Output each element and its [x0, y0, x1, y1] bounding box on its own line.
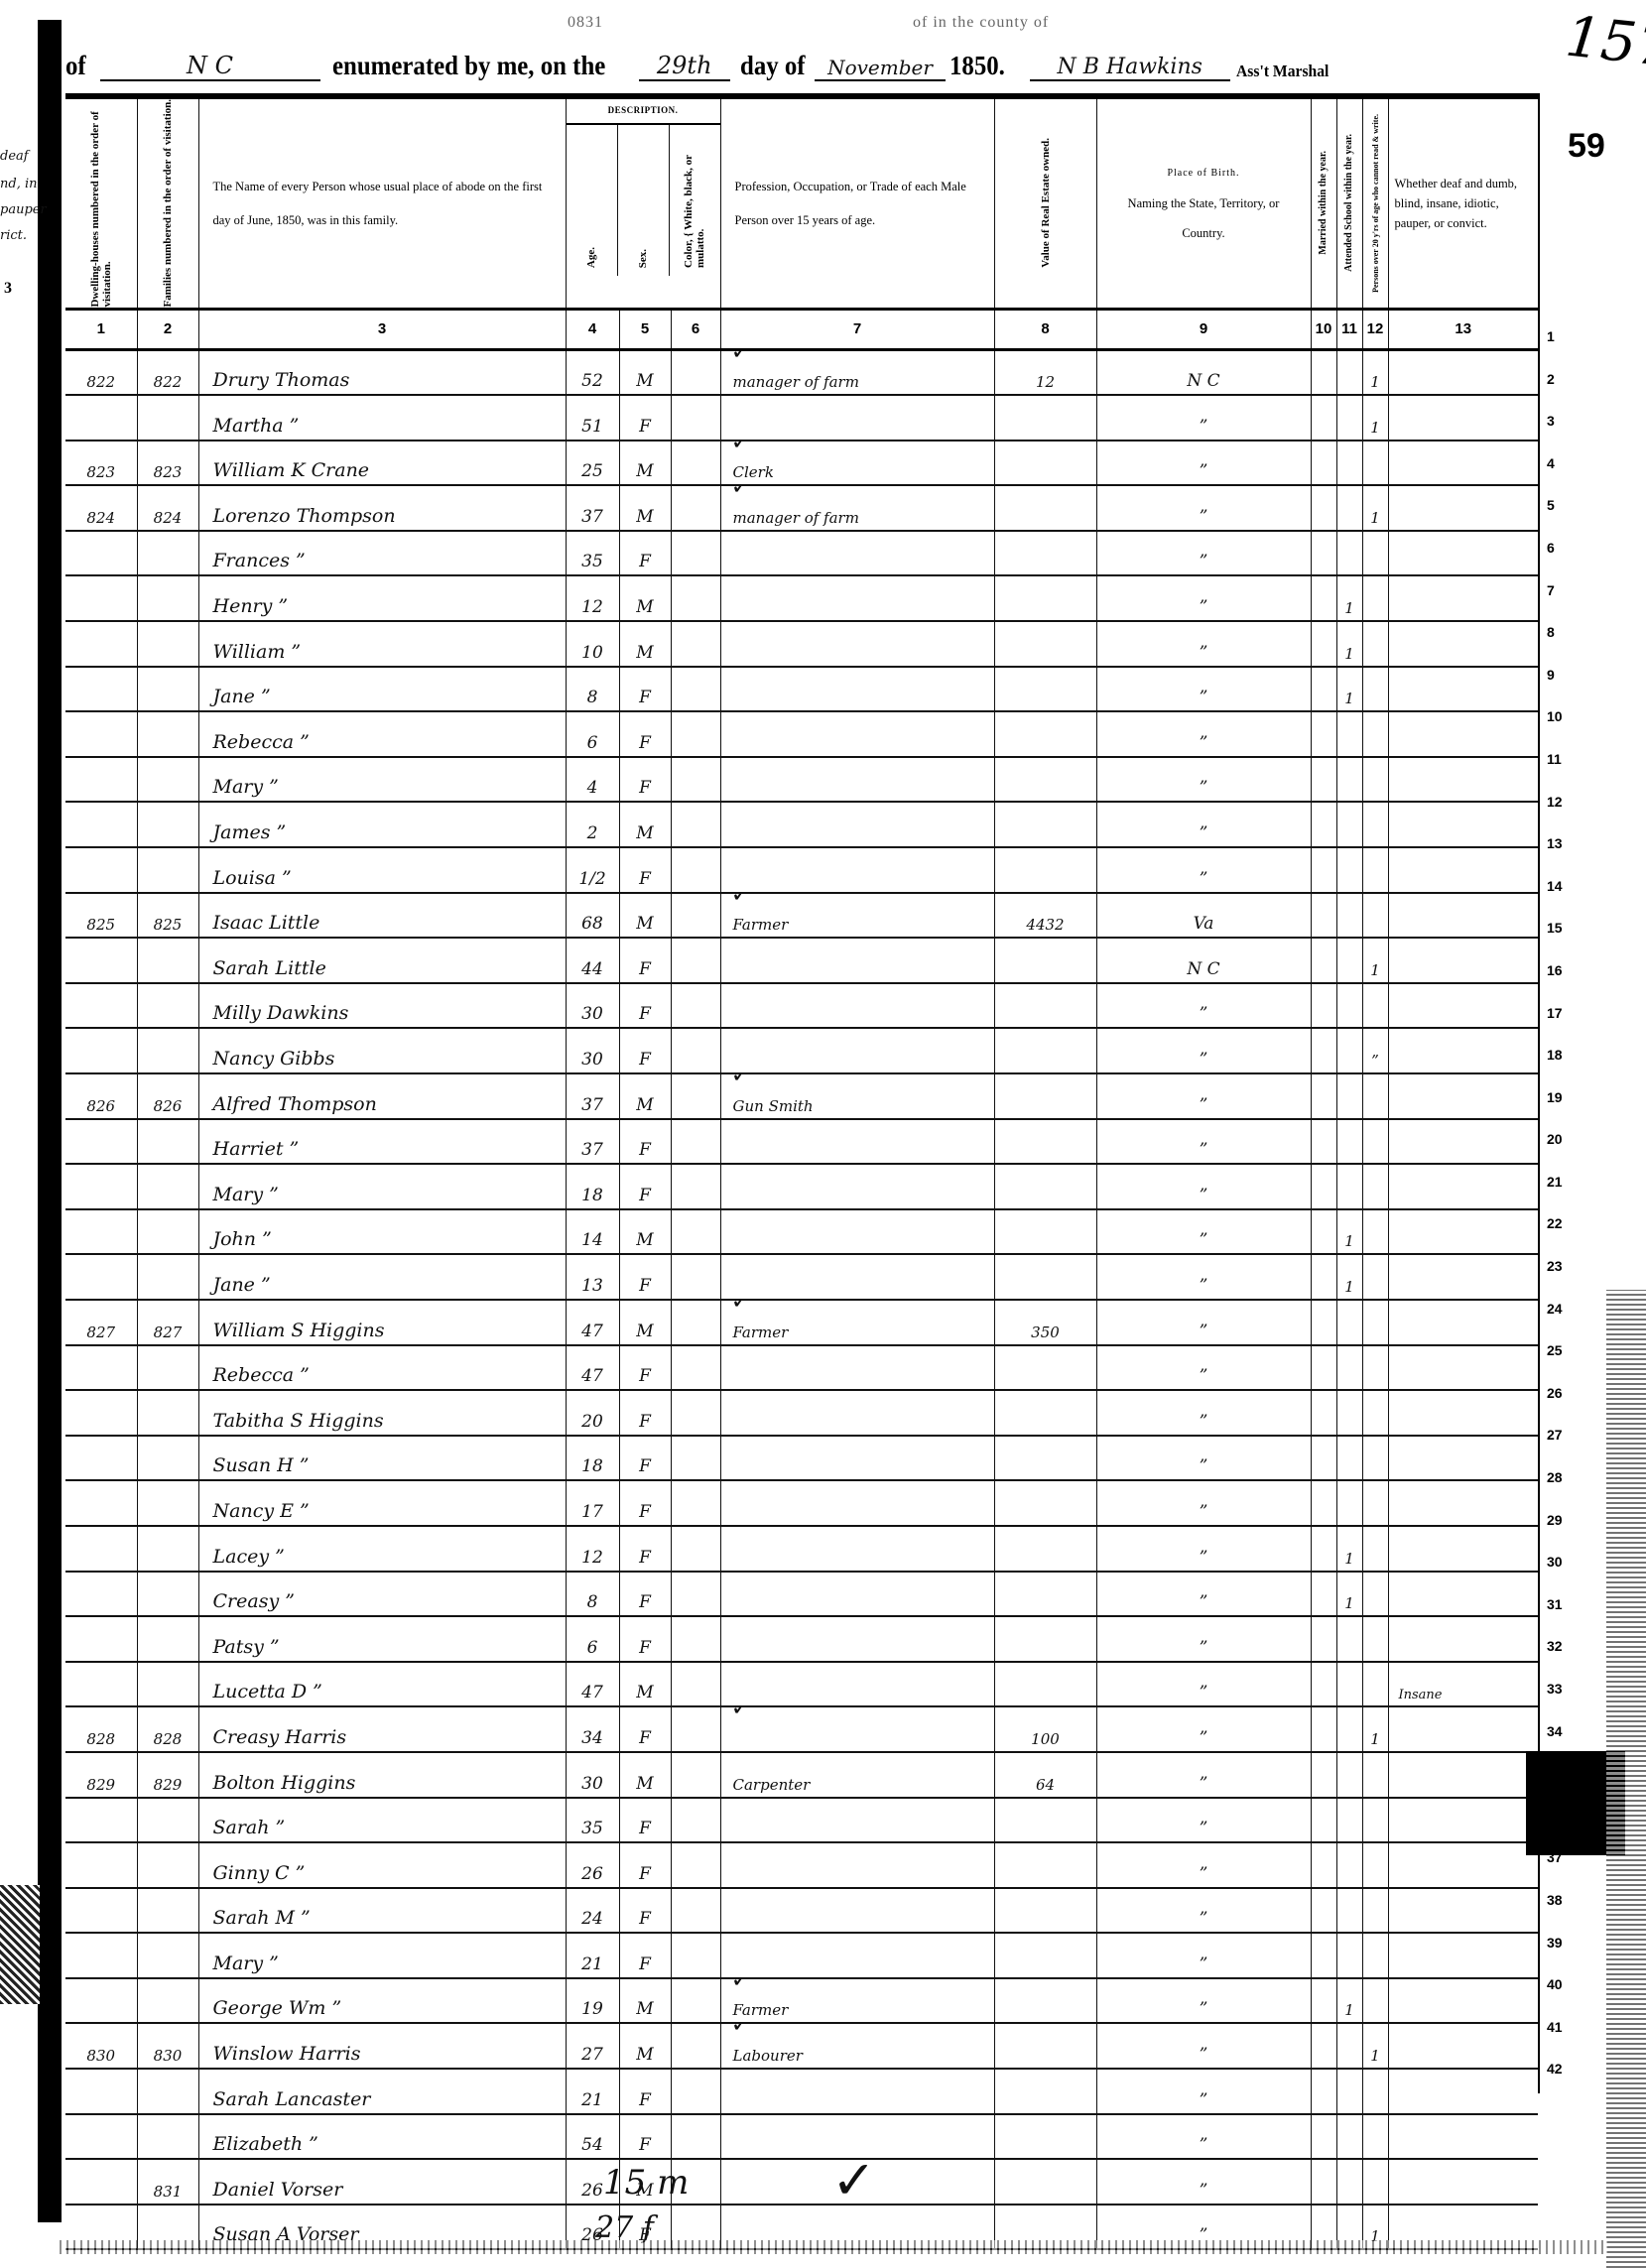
column-number-row: 1 2 3 4 5 6 7 8 9 10 11 12 13 [65, 309, 1538, 349]
occupation-text: manager of farm [733, 509, 859, 527]
family-number-cell: 827 [137, 1300, 198, 1345]
birthplace-cell: ” [1096, 2023, 1311, 2069]
census-headline: of N C enumerated by me, on the 29th day… [65, 42, 1574, 81]
occupation-cell: ✓manager of farm [720, 485, 994, 531]
cannot-read-write-cell [1362, 893, 1388, 939]
condition-cell [1388, 1526, 1538, 1572]
age-cell: 8 [566, 667, 619, 712]
attended-school-cell [1336, 802, 1362, 847]
real-estate-value-cell: 4432 [994, 893, 1096, 939]
attended-school-cell: 1 [1336, 667, 1362, 712]
age-cell: 6 [566, 1616, 619, 1662]
color-cell [671, 938, 720, 983]
condition-cell [1388, 938, 1538, 983]
cannot-read-write-cell [1362, 1119, 1388, 1165]
line-number: 6 [1543, 527, 1583, 569]
occupation-cell [720, 1842, 994, 1888]
age-cell: 4 [566, 757, 619, 803]
condition-cell [1388, 1119, 1538, 1165]
real-estate-value-cell [994, 1480, 1096, 1526]
birthplace-cell: ” [1096, 621, 1311, 667]
family-number-cell [137, 1436, 198, 1481]
occupation-cell [720, 2069, 994, 2114]
tally-males: 15 m [603, 2163, 689, 2203]
married-within-year-cell [1311, 1073, 1336, 1119]
age-cell: 14 [566, 1209, 619, 1255]
col-num: 6 [671, 309, 720, 349]
sex-cell: F [619, 1119, 671, 1165]
age-cell: 25 [566, 441, 619, 486]
census-row: Mary ”21F” [65, 1933, 1538, 1978]
occupation-cell [720, 1028, 994, 1073]
census-rows: 822822Drury Thomas52M✓manager of farm12N… [65, 349, 1538, 2249]
occupation-cell: ✓ [720, 1706, 994, 1752]
occupation-text: Gun Smith [733, 1097, 814, 1115]
married-within-year-cell [1311, 2114, 1336, 2160]
person-name-cell: Creasy ” [198, 1572, 566, 1617]
occupation-cell [720, 1436, 994, 1481]
occupation-cell [720, 1119, 994, 1165]
attended-school-cell [1336, 2159, 1362, 2205]
family-number-cell [137, 1164, 198, 1209]
census-row: Martha ”51F”1 [65, 395, 1538, 441]
attended-school-cell [1336, 1390, 1362, 1436]
occupation-cell: ✓Farmer [720, 1978, 994, 2024]
attended-school-cell [1336, 1888, 1362, 1934]
age-cell: 18 [566, 1164, 619, 1209]
age-cell: 8 [566, 1572, 619, 1617]
color-cell [671, 1390, 720, 1436]
person-name-cell: Harriet ” [198, 1119, 566, 1165]
cannot-read-write-cell [1362, 1345, 1388, 1391]
sex-cell: M [619, 575, 671, 621]
attended-school-cell: 1 [1336, 621, 1362, 667]
attended-school-cell: 1 [1336, 1978, 1362, 2024]
occupation-cell: ✓Farmer [720, 1300, 994, 1345]
sex-cell: F [619, 1390, 671, 1436]
real-estate-value-cell [994, 1572, 1096, 1617]
sex-cell: M [619, 1752, 671, 1798]
occupation-cell [720, 667, 994, 712]
family-number-cell [137, 531, 198, 576]
dwelling-number-cell [65, 1436, 137, 1481]
dwelling-number-cell [65, 1164, 137, 1209]
person-name-cell: Rebecca ” [198, 1345, 566, 1391]
tally-check-icon: ✓ [731, 1978, 751, 1993]
person-name-cell: Lorenzo Thompson [198, 485, 566, 531]
color-cell [671, 1209, 720, 1255]
real-estate-value-cell [994, 1616, 1096, 1662]
color-cell [671, 485, 720, 531]
family-number-cell [137, 2069, 198, 2114]
handwritten-page-number: 157 [1563, 5, 1646, 80]
condition-cell [1388, 1933, 1538, 1978]
attended-school-cell: 1 [1336, 1572, 1362, 1617]
family-number-cell [137, 802, 198, 847]
check-mark-icon: ✓ [831, 2149, 876, 2211]
census-row: John ”14M”1 [65, 1209, 1538, 1255]
sex-cell: F [619, 1842, 671, 1888]
family-number-cell: 829 [137, 1752, 198, 1798]
line-number: 38 [1543, 1879, 1583, 1922]
dwelling-number-cell [65, 802, 137, 847]
condition-cell [1388, 1616, 1538, 1662]
sex-cell: F [619, 1706, 671, 1752]
color-cell [671, 1436, 720, 1481]
cannot-read-write-cell [1362, 1933, 1388, 1978]
census-row: 827827William S Higgins47M✓Farmer350” [65, 1300, 1538, 1345]
attended-school-cell [1336, 395, 1362, 441]
real-estate-value-cell [994, 1436, 1096, 1481]
birthplace-cell: ” [1096, 1978, 1311, 2024]
occupation-cell: ✓Labourer [720, 2023, 994, 2069]
dwelling-number-cell [65, 1842, 137, 1888]
person-name-cell: Patsy ” [198, 1616, 566, 1662]
marshal-signature: N B Hawkins [1030, 55, 1230, 81]
married-within-year-cell [1311, 1254, 1336, 1300]
census-row: 822822Drury Thomas52M✓manager of farm12N… [65, 349, 1538, 395]
color-cell [671, 893, 720, 939]
real-estate-value-cell [994, 1119, 1096, 1165]
age-cell: 37 [566, 1073, 619, 1119]
family-number-cell [137, 1526, 198, 1572]
condition-cell [1388, 2069, 1538, 2114]
age-cell: 30 [566, 1028, 619, 1073]
color-cell [671, 1888, 720, 1934]
attended-school-cell [1336, 1706, 1362, 1752]
condition-cell [1388, 1254, 1538, 1300]
census-row: Nancy Gibbs30F”” [65, 1028, 1538, 1073]
line-number: 34 [1543, 1710, 1583, 1753]
age-cell: 27 [566, 2023, 619, 2069]
col-num: 11 [1336, 309, 1362, 349]
real-estate-value-cell [994, 1662, 1096, 1707]
attended-school-cell [1336, 847, 1362, 893]
census-row: Creasy ”8F”1 [65, 1572, 1538, 1617]
person-name-cell: Henry ” [198, 575, 566, 621]
real-estate-value-cell [994, 395, 1096, 441]
occupation-cell [720, 1798, 994, 1843]
family-number-cell [137, 1345, 198, 1391]
condition-cell [1388, 667, 1538, 712]
year-label: 1850. [950, 51, 1005, 81]
condition-cell [1388, 2159, 1538, 2205]
dwelling-number-cell [65, 2069, 137, 2114]
census-row: Tabitha S Higgins20F” [65, 1390, 1538, 1436]
occupation-cell [720, 1616, 994, 1662]
prev-page-fragment: deaf [0, 149, 29, 164]
married-within-year-cell [1311, 1300, 1336, 1345]
census-row: Sarah ”35F” [65, 1798, 1538, 1843]
dwelling-number-cell [65, 531, 137, 576]
condition-cell [1388, 893, 1538, 939]
family-number-cell [137, 1480, 198, 1526]
age-cell: 12 [566, 575, 619, 621]
dwelling-number-cell [65, 711, 137, 757]
census-row: Patsy ”6F” [65, 1616, 1538, 1662]
married-within-year-cell [1311, 1390, 1336, 1436]
married-within-year-cell [1311, 893, 1336, 939]
married-within-year-cell [1311, 575, 1336, 621]
age-cell: 2 [566, 802, 619, 847]
real-estate-value-cell [994, 485, 1096, 531]
sex-cell: M [619, 1209, 671, 1255]
person-name-cell: Tabitha S Higgins [198, 1390, 566, 1436]
condition-cell [1388, 802, 1538, 847]
cannot-read-write-cell [1362, 1254, 1388, 1300]
line-number: 26 [1543, 1372, 1583, 1415]
cannot-read-write-cell [1362, 1526, 1388, 1572]
cannot-read-write-cell [1362, 2114, 1388, 2160]
birthplace-cell: ” [1096, 2069, 1311, 2114]
person-name-cell: Jane ” [198, 1254, 566, 1300]
real-estate-value-cell [994, 938, 1096, 983]
age-cell: 21 [566, 1933, 619, 1978]
color-cell [671, 1616, 720, 1662]
scan-edge-noise [1606, 1290, 1646, 2268]
real-estate-value-cell [994, 1888, 1096, 1934]
line-number: 31 [1543, 1583, 1583, 1626]
line-number: 12 [1543, 781, 1583, 823]
condition-cell [1388, 575, 1538, 621]
married-within-year-cell [1311, 938, 1336, 983]
family-number-cell [137, 1798, 198, 1843]
dwelling-number-cell [65, 1888, 137, 1934]
attended-school-cell [1336, 938, 1362, 983]
birthplace-cell: ” [1096, 395, 1311, 441]
line-number: 15 [1543, 907, 1583, 949]
birthplace-cell: ” [1096, 1798, 1311, 1843]
occupation-text: Clerk [733, 463, 774, 481]
person-name-cell: Isaac Little [198, 893, 566, 939]
cannot-read-write-cell [1362, 1572, 1388, 1617]
marshal-label: Ass't Marshal [1236, 62, 1329, 81]
married-within-year-cell [1311, 1119, 1336, 1165]
tally-check-icon: ✓ [731, 1073, 751, 1088]
condition-cell [1388, 1390, 1538, 1436]
dwelling-number-cell [65, 1480, 137, 1526]
family-number-cell [137, 575, 198, 621]
age-cell: 21 [566, 2069, 619, 2114]
census-row: Sarah Lancaster21F” [65, 2069, 1538, 2114]
family-number-cell [137, 1888, 198, 1934]
attended-school-cell [1336, 1798, 1362, 1843]
condition-cell: Insane [1388, 1662, 1538, 1707]
attended-school-cell [1336, 1662, 1362, 1707]
person-name-cell: Creasy Harris [198, 1706, 566, 1752]
real-estate-value-cell [994, 531, 1096, 576]
cannot-read-write-cell: 1 [1362, 349, 1388, 395]
real-estate-value-cell [994, 1073, 1096, 1119]
census-row: Mary ”18F” [65, 1164, 1538, 1209]
sex-cell: F [619, 2069, 671, 2114]
cannot-read-write-cell: 1 [1362, 938, 1388, 983]
census-row: 825825Isaac Little68M✓Farmer4432Va [65, 893, 1538, 939]
sex-cell: F [619, 1933, 671, 1978]
real-estate-value-cell: 64 [994, 1752, 1096, 1798]
real-estate-value-cell [994, 575, 1096, 621]
line-number: 41 [1543, 2006, 1583, 2049]
prev-page-fragment: nd, in [0, 177, 38, 191]
census-row: 828828Creasy Harris34F✓100”1 [65, 1706, 1538, 1752]
age-cell: 18 [566, 1436, 619, 1481]
attended-school-cell [1336, 1300, 1362, 1345]
description-group-label: DESCRIPTION. [567, 99, 720, 125]
attended-school-cell [1336, 1933, 1362, 1978]
birthplace-cell: ” [1096, 1119, 1311, 1165]
line-number: 28 [1543, 1456, 1583, 1499]
color-cell [671, 1345, 720, 1391]
line-number: 40 [1543, 1963, 1583, 2006]
family-number-cell: 824 [137, 485, 198, 531]
col-header-sex: Sex. [617, 125, 669, 276]
birthplace-cell: ” [1096, 1480, 1311, 1526]
family-number-cell [137, 1209, 198, 1255]
dwelling-number-cell: 829 [65, 1752, 137, 1798]
color-cell [671, 1300, 720, 1345]
real-estate-value-cell [994, 1933, 1096, 1978]
cannot-read-write-cell [1362, 1436, 1388, 1481]
col-header-description: DESCRIPTION. Age. Sex. Color, { White, b… [566, 99, 720, 309]
married-within-year-cell [1311, 1526, 1336, 1572]
occupation-cell [720, 847, 994, 893]
attended-school-cell [1336, 485, 1362, 531]
sex-cell: F [619, 938, 671, 983]
line-number: 22 [1543, 1202, 1583, 1245]
married-within-year-cell [1311, 667, 1336, 712]
sex-cell: M [619, 893, 671, 939]
person-name-cell: Daniel Vorser [198, 2159, 566, 2205]
condition-cell [1388, 1300, 1538, 1345]
color-cell [671, 983, 720, 1029]
line-number: 42 [1543, 2048, 1583, 2090]
occupation-cell [720, 531, 994, 576]
real-estate-value-cell [994, 2159, 1096, 2205]
person-name-cell: William K Crane [198, 441, 566, 486]
age-cell: 68 [566, 893, 619, 939]
sex-cell: F [619, 1345, 671, 1391]
age-cell: 37 [566, 485, 619, 531]
line-number: 18 [1543, 1034, 1583, 1076]
color-cell [671, 2114, 720, 2160]
age-cell: 13 [566, 1254, 619, 1300]
birthplace-cell: ” [1096, 1028, 1311, 1073]
birthplace-cell: ” [1096, 1209, 1311, 1255]
occupation-cell [720, 1526, 994, 1572]
birthplace-cell: ” [1096, 1706, 1311, 1752]
cannot-read-write-cell [1362, 1662, 1388, 1707]
family-number-cell [137, 621, 198, 667]
dwelling-number-cell [65, 1526, 137, 1572]
occupation-cell [720, 1662, 994, 1707]
cannot-read-write-cell [1362, 2159, 1388, 2205]
occupation-cell [720, 938, 994, 983]
attended-school-cell: 1 [1336, 1209, 1362, 1255]
line-number: 11 [1543, 738, 1583, 781]
married-within-year-cell [1311, 1933, 1336, 1978]
age-cell: 17 [566, 1480, 619, 1526]
color-cell [671, 1572, 720, 1617]
cannot-read-write-cell: 1 [1362, 1706, 1388, 1752]
occupation-cell [720, 757, 994, 803]
birthplace-cell: ” [1096, 711, 1311, 757]
age-cell: 51 [566, 395, 619, 441]
binding-shadow [38, 20, 62, 2222]
cannot-read-write-cell [1362, 1888, 1388, 1934]
birthplace-cell: ” [1096, 1616, 1311, 1662]
census-row: James ”2M” [65, 802, 1538, 847]
person-name-cell: Mary ” [198, 1164, 566, 1209]
census-row: Milly Dawkins30F” [65, 983, 1538, 1029]
color-cell [671, 441, 720, 486]
condition-cell [1388, 2114, 1538, 2160]
color-cell [671, 1073, 720, 1119]
cannot-read-write-cell [1362, 1164, 1388, 1209]
dwelling-number-cell [65, 1209, 137, 1255]
cannot-read-write-cell [1362, 667, 1388, 712]
occupation-cell: ✓manager of farm [720, 349, 994, 395]
married-within-year-cell [1311, 621, 1336, 667]
tally-check-icon: ✓ [731, 1300, 751, 1315]
birthplace-cell: ” [1096, 1888, 1311, 1934]
census-row: 830830Winslow Harris27M✓Labourer”1 [65, 2023, 1538, 2069]
prev-page-fragment: rict. [0, 228, 27, 243]
birthplace-cell: ” [1096, 757, 1311, 803]
birthplace-cell: ” [1096, 1390, 1311, 1436]
condition-cell [1388, 2023, 1538, 2069]
occupation-cell [720, 1572, 994, 1617]
color-cell [671, 1526, 720, 1572]
enumerated-label: enumerated by me, on the [332, 51, 605, 81]
person-name-cell: Mary ” [198, 757, 566, 803]
dwelling-number-cell [65, 757, 137, 803]
married-within-year-cell [1311, 485, 1336, 531]
attended-school-cell [1336, 983, 1362, 1029]
attended-school-cell: 1 [1336, 1526, 1362, 1572]
col-num: 13 [1388, 309, 1538, 349]
month-field: November [815, 56, 946, 81]
dwelling-number-cell [65, 847, 137, 893]
attended-school-cell [1336, 1119, 1362, 1165]
person-name-cell: Alfred Thompson [198, 1073, 566, 1119]
birthplace-cell: ” [1096, 1526, 1311, 1572]
person-name-cell: James ” [198, 802, 566, 847]
column-header-row: Dwelling-houses numbered in the order of… [65, 99, 1538, 309]
condition-cell [1388, 711, 1538, 757]
line-number: 9 [1543, 654, 1583, 696]
cannot-read-write-cell [1362, 1798, 1388, 1843]
married-within-year-cell [1311, 1978, 1336, 2024]
family-number-cell [137, 711, 198, 757]
prev-page-column-number: 3 [4, 280, 12, 298]
occupation-cell: ✓Farmer [720, 893, 994, 939]
occupation-cell [720, 1254, 994, 1300]
occupation-cell: ✓Clerk [720, 441, 994, 486]
age-cell: 30 [566, 983, 619, 1029]
condition-cell [1388, 621, 1538, 667]
married-within-year-cell [1311, 349, 1336, 395]
birthplace-cell: ” [1096, 1572, 1311, 1617]
line-number: 8 [1543, 611, 1583, 654]
cannot-read-write-cell: ” [1362, 1028, 1388, 1073]
col-header-illiterate: Persons over 20 y'rs of age who cannot r… [1362, 99, 1388, 309]
sex-cell: M [619, 1662, 671, 1707]
line-number: 5 [1543, 484, 1583, 527]
cannot-read-write-cell: 1 [1362, 485, 1388, 531]
family-number-cell [137, 1842, 198, 1888]
dwelling-number-cell: 823 [65, 441, 137, 486]
color-cell [671, 2069, 720, 2114]
